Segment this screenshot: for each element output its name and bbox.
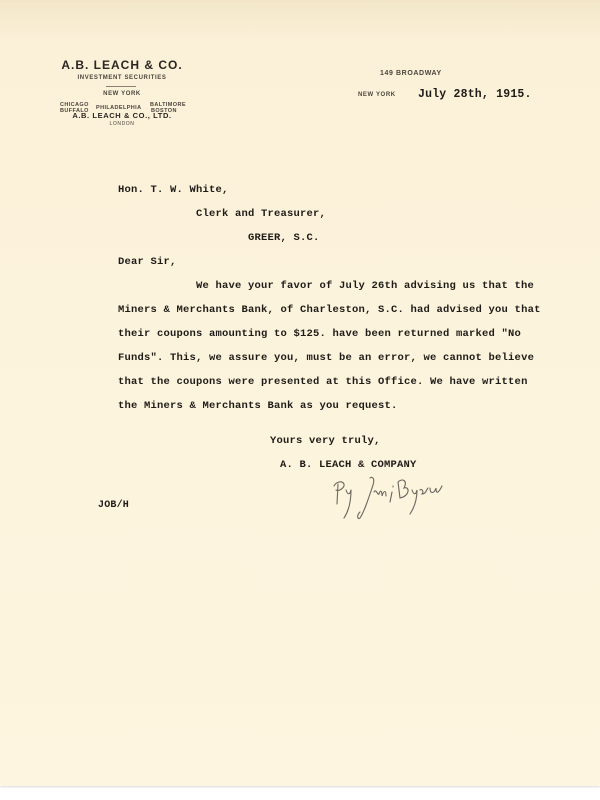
body-line: We have your favor of July 26th advising… bbox=[196, 280, 534, 292]
recipient-location: GREER, S.C. bbox=[248, 232, 320, 244]
body-line: the Miners & Merchants Bank as you reque… bbox=[118, 400, 398, 412]
signature-company: A. B. LEACH & COMPANY bbox=[280, 459, 417, 471]
letterhead-divider bbox=[106, 86, 136, 87]
body-line: Miners & Merchants Bank, of Charleston, … bbox=[118, 304, 541, 316]
recipient-title: Clerk and Treasurer, bbox=[196, 208, 326, 220]
salutation: Dear Sir, bbox=[118, 256, 177, 268]
letterhead-london-firm: A.B. LEACH & CO., LTD. bbox=[58, 111, 186, 120]
body-line: their coupons amounting to $125. have be… bbox=[118, 328, 521, 340]
signature-scrawl-icon bbox=[330, 474, 460, 524]
body-line: Funds". This, we assure you, must be an … bbox=[118, 352, 534, 364]
closing: Yours very truly, bbox=[270, 435, 381, 447]
handwritten-signature bbox=[330, 474, 460, 524]
letterhead-subtitle: INVESTMENT SECURITIES bbox=[58, 75, 186, 81]
letterhead-address-city: NEW YORK bbox=[358, 92, 396, 98]
letter-date: July 28th, 1915. bbox=[418, 88, 532, 101]
letterhead-main-city: NEW YORK bbox=[58, 91, 186, 97]
reference-initials: JOB/H bbox=[98, 500, 129, 511]
letter-page: A.B. LEACH & CO. INVESTMENT SECURITIES N… bbox=[0, 0, 600, 786]
letterhead-address: 149 BROADWAY bbox=[380, 70, 442, 77]
letterhead-firm-name: A.B. LEACH & CO. bbox=[58, 58, 186, 72]
recipient-name: Hon. T. W. White, bbox=[118, 184, 229, 196]
letterhead-london-city: LONDON bbox=[58, 121, 186, 127]
body-line: that the coupons were presented at this … bbox=[118, 376, 528, 388]
